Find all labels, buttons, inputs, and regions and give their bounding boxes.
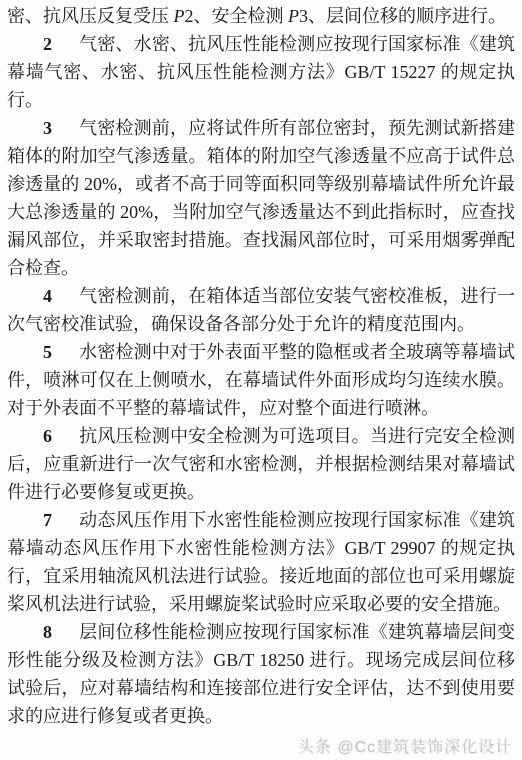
paragraph-number: 3 [43, 118, 52, 138]
numbered-paragraph: 3气密检测前，应将试件所有部位密封，预先测试新搭建箱体的附加空气渗透量。箱体的附… [7, 114, 515, 282]
numbered-paragraph: 8层间位移性能检测应按现行国家标准《建筑幕墙层间变形性能分级及检测方法》GB/T… [7, 618, 515, 730]
paragraph-number: 7 [43, 510, 52, 530]
paragraph-number: 4 [43, 286, 52, 306]
paragraph-number: 8 [43, 622, 52, 642]
document-content: 密、抗风压反复受压 P2、安全检测 P3、层间位移的顺序进行。2气密、水密、抗风… [7, 2, 515, 730]
numbered-paragraph: 7动态风压作用下水密性能检测应按现行国家标准《建筑幕墙动态风压作用下水密性能检测… [7, 506, 515, 618]
document-page: 密、抗风压反复受压 P2、安全检测 P3、层间位移的顺序进行。2气密、水密、抗风… [0, 0, 522, 760]
paragraph-text: 动态风压作用下水密性能检测应按现行国家标准《建筑幕墙动态风压作用下水密性能检测方… [7, 510, 515, 614]
paragraph-text: 气密检测前，应将试件所有部位密封，预先测试新搭建箱体的附加空气渗透量。箱体的附加… [7, 118, 515, 278]
paragraph-text: 抗风压检测中安全检测为可选项目。当进行完安全检测后，应重新进行一次气密和水密检测… [7, 426, 515, 502]
continuation-paragraph: 密、抗风压反复受压 P2、安全检测 P3、层间位移的顺序进行。 [7, 2, 515, 30]
numbered-paragraph: 5水密检测中对于外表面平整的隐框或者全玻璃等幕墙试件，喷淋可仅在上侧喷水，在幕墙… [7, 338, 515, 422]
italic-symbol: P [174, 6, 185, 26]
watermark-text: 头条 @Cc建筑装饰深化设计 [298, 739, 512, 756]
paragraph-text: 水密检测中对于外表面平整的隐框或者全玻璃等幕墙试件，喷淋可仅在上侧喷水，在幕墙试… [7, 342, 515, 418]
italic-symbol: P [288, 6, 299, 26]
numbered-paragraph: 4气密检测前，在箱体适当部位安装气密校准板，进行一次气密校准试验，确保设备各部分… [7, 282, 515, 338]
paragraph-number: 5 [43, 342, 52, 362]
paragraph-text: 2、安全检测 [185, 6, 289, 26]
paragraph-number: 6 [43, 426, 52, 446]
paragraph-text: 气密检测前，在箱体适当部位安装气密校准板，进行一次气密校准试验，确保设备各部分处… [7, 286, 515, 334]
numbered-paragraph: 2气密、水密、抗风压性能检测应按现行国家标准《建筑幕墙气密、水密、抗风压性能检测… [7, 30, 515, 114]
watermark: 头条 @Cc建筑装饰深化设计 [298, 734, 512, 757]
numbered-paragraph: 6抗风压检测中安全检测为可选项目。当进行完安全检测后，应重新进行一次气密和水密检… [7, 422, 515, 506]
paragraph-text: 层间位移性能检测应按现行国家标准《建筑幕墙层间变形性能分级及检测方法》GB/T … [7, 622, 515, 726]
paragraph-text: 密、抗风压反复受压 [7, 6, 174, 26]
paragraph-text: 气密、水密、抗风压性能检测应按现行国家标准《建筑幕墙气密、水密、抗风压性能检测方… [7, 34, 515, 110]
paragraph-number: 2 [43, 34, 52, 54]
paragraph-text: 3、层间位移的顺序进行。 [299, 6, 506, 26]
